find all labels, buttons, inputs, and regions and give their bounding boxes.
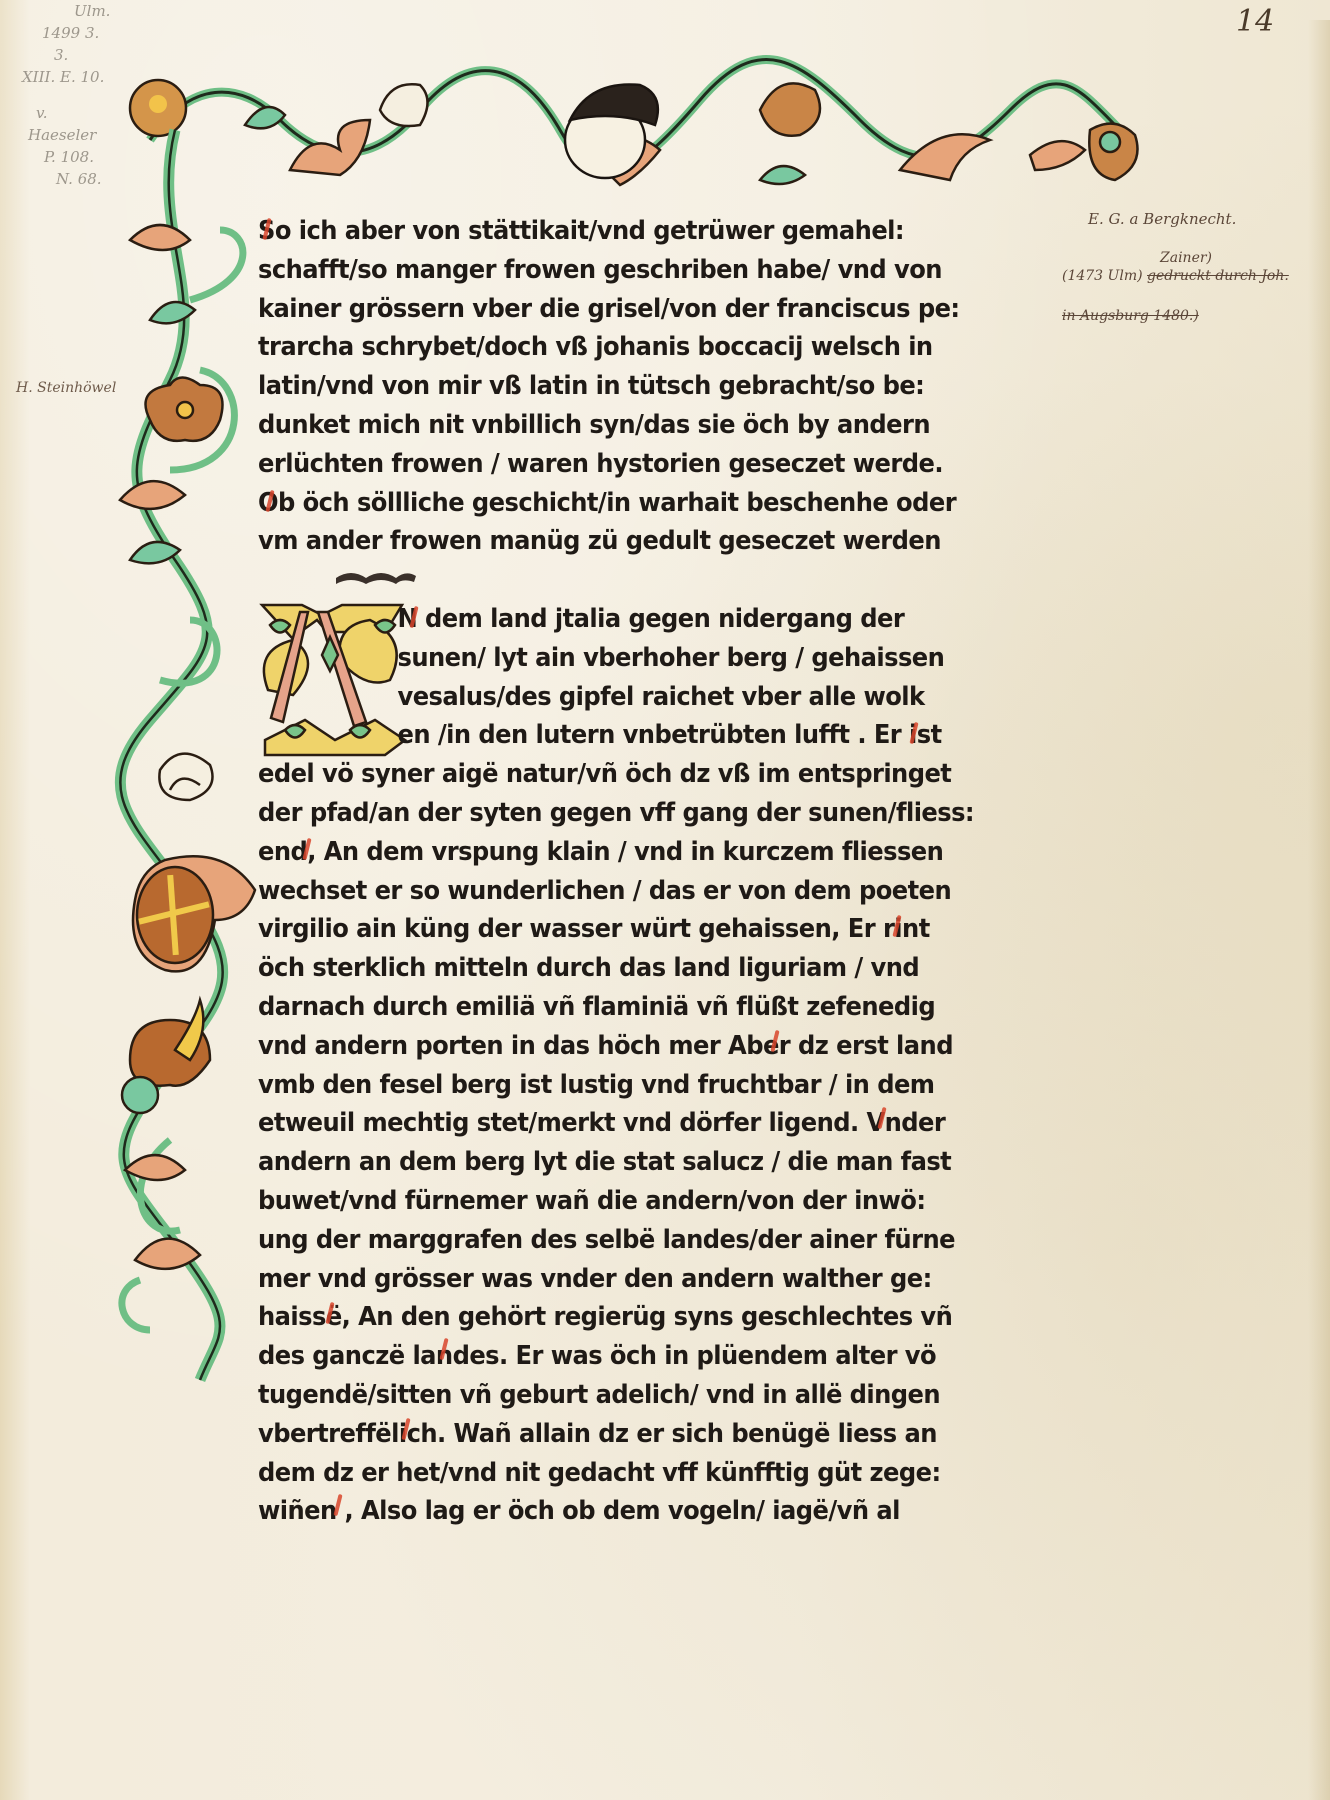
left-white-bud [159, 754, 212, 800]
text-line: end, An dem vrspung klain / vnd in kurcz… [258, 833, 937, 872]
text-line: latin/vnd von mir vß latin in tütsch geb… [258, 367, 937, 406]
text-line: dunket mich nit vnbillich syn/das sie öc… [258, 406, 937, 445]
text-line: en /in den lutern vnbetrübten lufft . Er… [258, 716, 937, 755]
heraldic-shield-cross [133, 856, 255, 971]
text-line: edel vö syner aigë natur/vñ öch dz vß im… [258, 755, 937, 794]
text-line: erlüchten frowen / waren hystorien gesec… [258, 445, 937, 484]
text-line: schafft/so manger frowen geschriben habe… [258, 251, 937, 290]
text-line: wechset er so wunderlichen / das er von … [258, 872, 937, 911]
text-line: tugendë/sitten vñ geburt adelich/ vnd in… [258, 1376, 937, 1415]
text-line: wiñen , Also lag er öch ob dem vogeln/ i… [258, 1492, 937, 1531]
left-lower-flower [122, 1000, 210, 1113]
text-line: kainer grössern vber die grisel/von der … [258, 290, 937, 329]
left-flower-blossom [146, 378, 223, 441]
chapter-paragraph: N dem land jtalia gegen nidergang der su… [258, 600, 937, 1531]
text-line: andern an dem berg lyt die stat salucz /… [258, 1143, 937, 1182]
text-line: vesalus/des gipfel raichet vber alle wol… [258, 678, 937, 717]
prologue-paragraph: So ich aber von stättikait/vnd getrüwer … [258, 212, 937, 561]
text-line: haissë, An den gehört regierüg syns gesc… [258, 1298, 937, 1337]
text-line: buwet/vnd fürnemer wañ die andern/von de… [258, 1182, 937, 1221]
text-line: Ob öch söllliche geschicht/in warhait be… [258, 484, 937, 523]
text-line: vm ander frowen manüg zü gedult geseczet… [258, 522, 937, 561]
text-line: N dem land jtalia gegen nidergang der [258, 600, 937, 639]
text-line: vbertreffëlich. Wañ allain dz er sich be… [258, 1415, 937, 1454]
text-line: vmb den fesel berg ist lustig vnd frucht… [258, 1066, 937, 1105]
printer-flourish [336, 573, 416, 584]
text-line: sunen/ lyt ain vberhoher berg / gehaisse… [258, 639, 937, 678]
text-line: trarcha schrybet/doch vß johanis boccaci… [258, 328, 937, 367]
text-line: des ganczë landes. Er was öch in plüende… [258, 1337, 937, 1376]
text-line: etweuil mechtig stet/merkt vnd dörfer li… [258, 1104, 937, 1143]
text-line: vnd andern porten in das höch mer Aber d… [258, 1027, 937, 1066]
manuscript-page: 14 Ulm. 1499 3. 3. XIII. E. 10. v. Haese… [0, 0, 1330, 1800]
text-line: der pfad/an der syten gegen vff gang der… [258, 794, 937, 833]
text-line: mer vnd grösser was vnder den andern wal… [258, 1260, 937, 1299]
text-line: öch sterklich mitteln durch das land lig… [258, 949, 937, 988]
text-line: darnach durch emiliä vñ flaminiä vñ flüß… [258, 988, 937, 1027]
text-line: dem dz er het/vnd nit gedacht vff künfft… [258, 1454, 937, 1493]
text-line: ung der marggrafen des selbë landes/der … [258, 1221, 937, 1260]
text-line: So ich aber von stättikait/vnd getrüwer … [258, 212, 937, 251]
text-line: virgilio ain küng der wasser würt gehais… [258, 910, 937, 949]
